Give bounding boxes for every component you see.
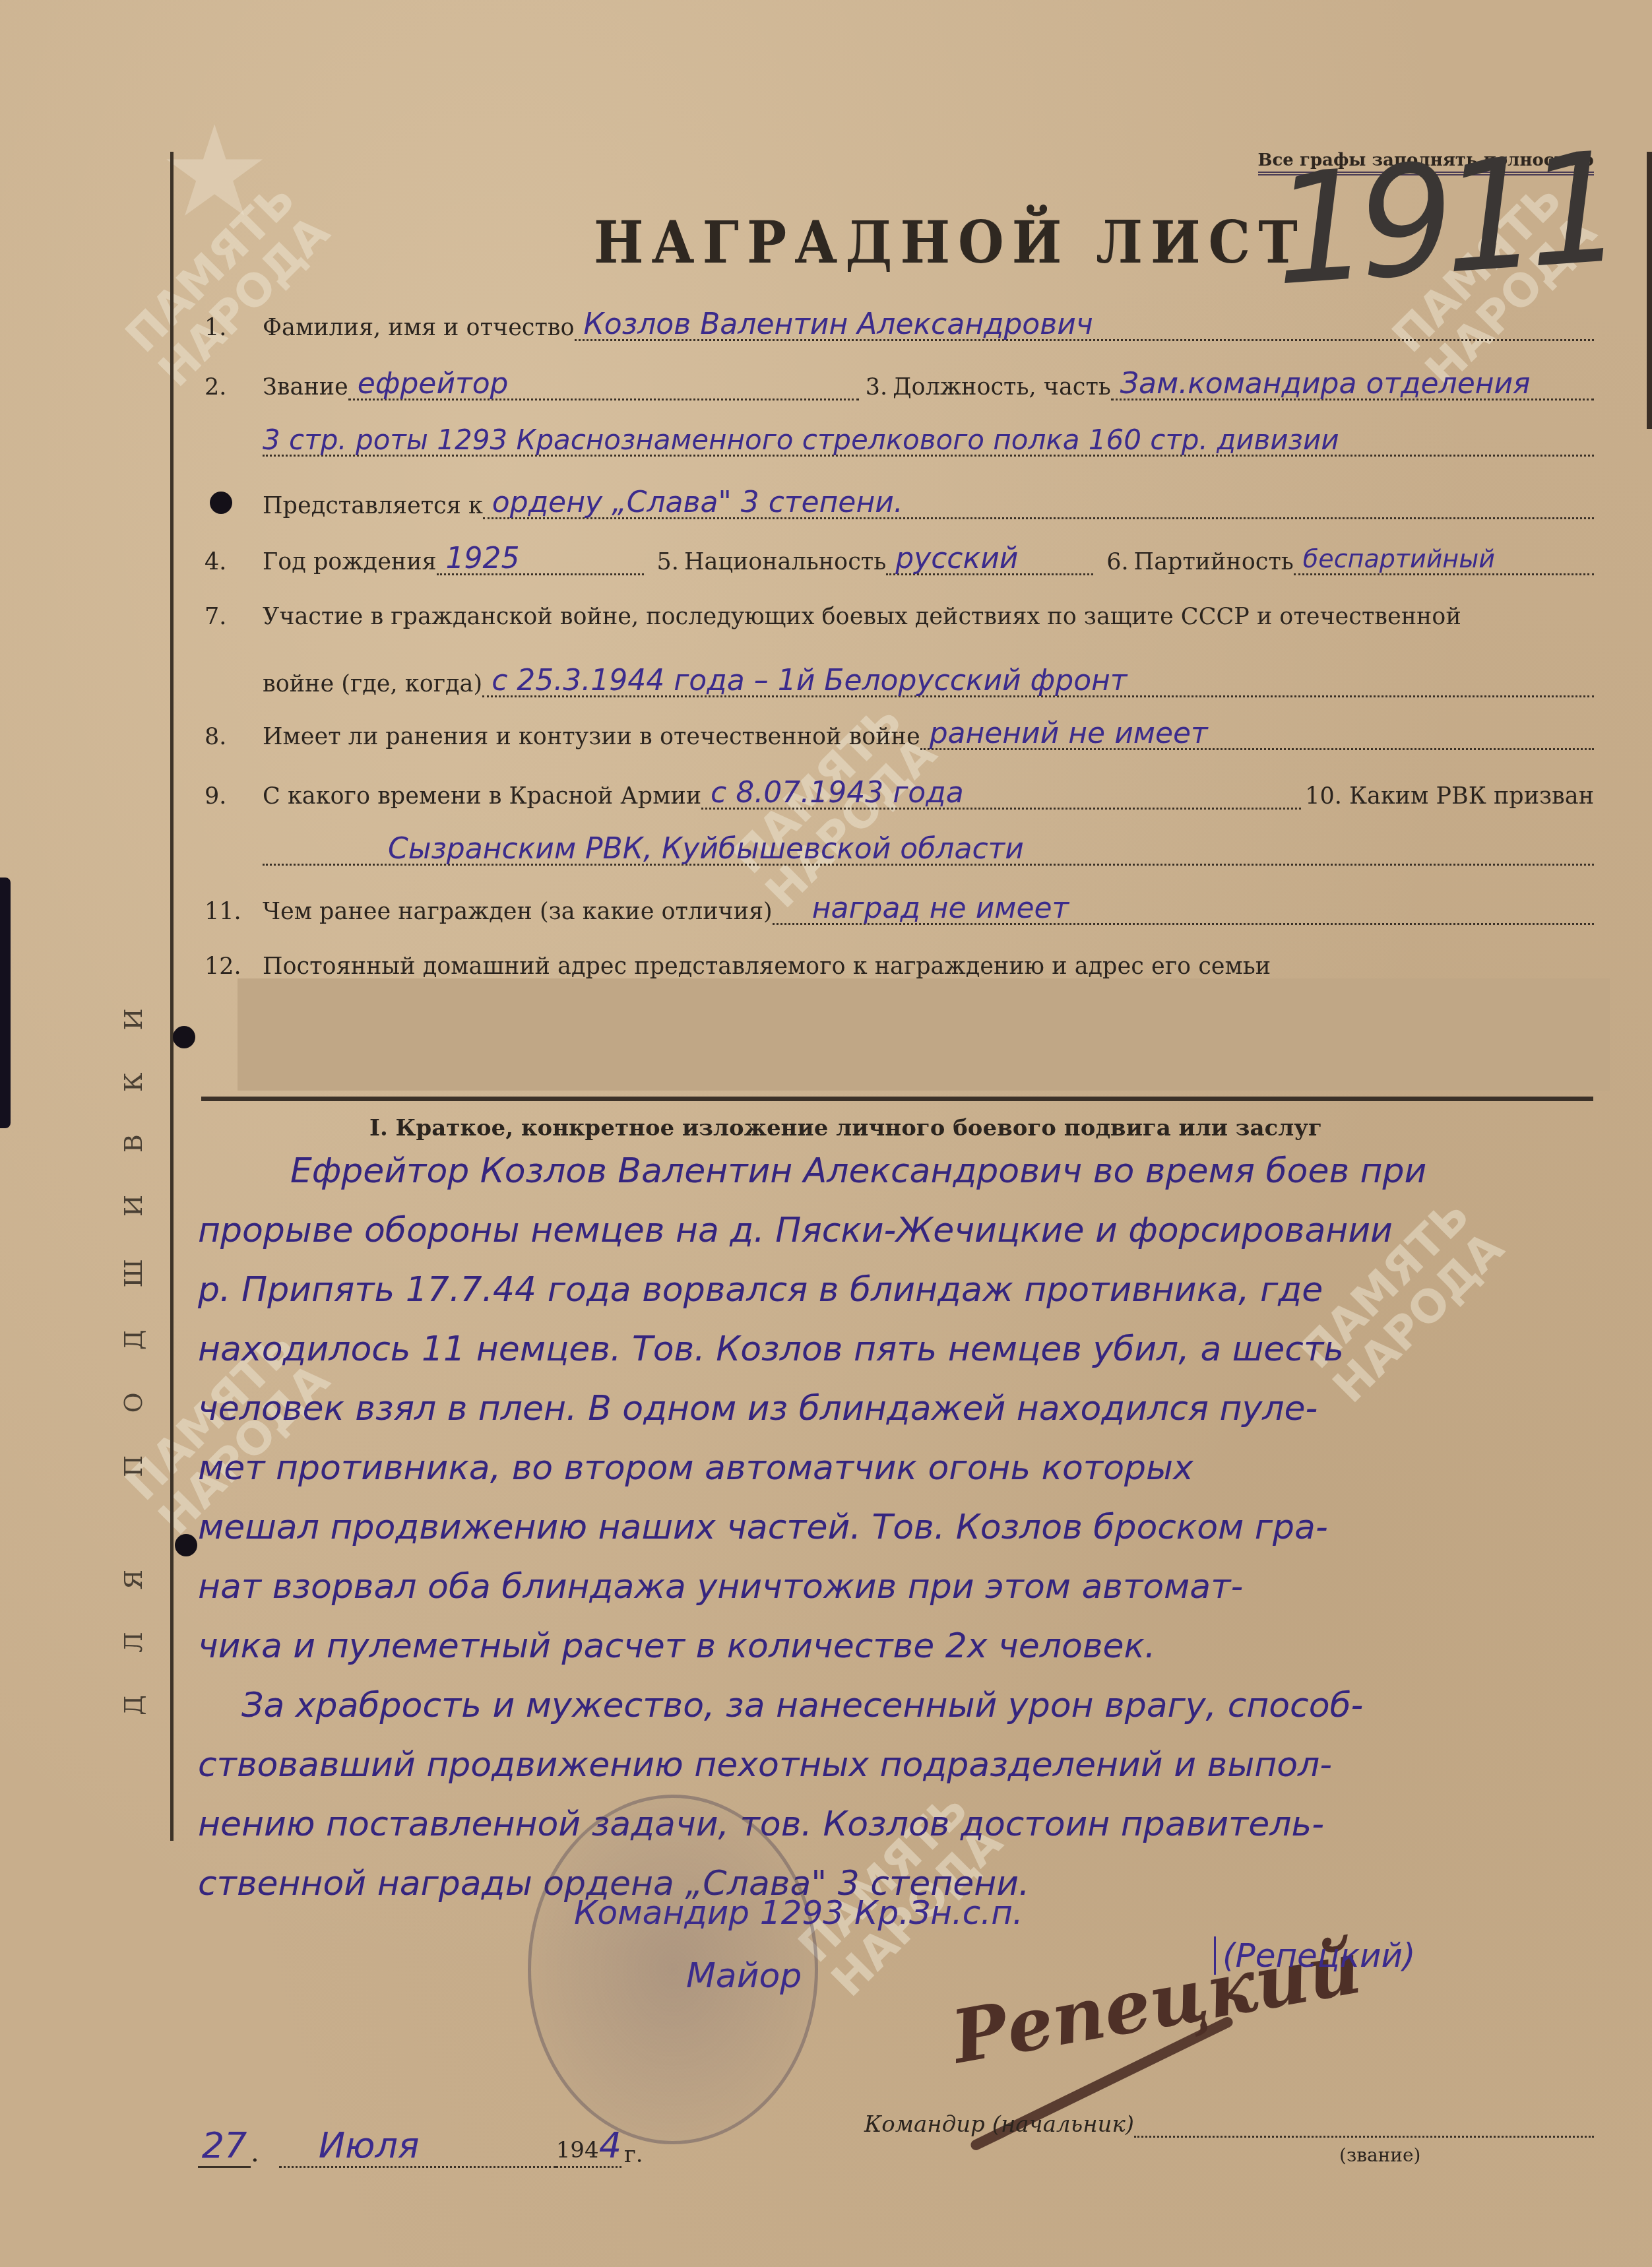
narrative-line: человек взял в плен. В одном из блиндаже… xyxy=(198,1379,1603,1438)
narrative-line: нат взорвал оба блиндажа уничтожив при э… xyxy=(198,1557,1603,1616)
page-edge-shadow xyxy=(1647,152,1652,429)
nationality-value: русский xyxy=(886,544,1093,575)
narrative-line: нению поставленной задачи, тов. Козлов д… xyxy=(198,1795,1603,1854)
field-rank-position: 2. Звание ефрейтор 3. Должность, часть З… xyxy=(205,369,1594,400)
narrative-line: мешал продвижению наших частей. Тов. Коз… xyxy=(198,1498,1603,1557)
rank-caption: (звание) xyxy=(1339,2144,1420,2166)
rank-value: ефрейтор xyxy=(348,369,859,400)
narrative-line: прорыве обороны немцев на д. Пяски-Жечиц… xyxy=(198,1201,1603,1260)
date-year: 1944 xyxy=(556,2124,621,2168)
field-draft-office: Сызранским РВК, Куйбышевской области xyxy=(263,835,1594,866)
commander-field: Командир (начальник) xyxy=(864,2111,1594,2138)
narrative-line: чика и пулеметный расчет в количестве 2х… xyxy=(198,1616,1603,1676)
field-previous-awards: 11. Чем ранее награжден (за какие отличи… xyxy=(205,894,1594,925)
previous-awards-value: наград не имеет xyxy=(773,894,1594,925)
narrative-line: р. Припять 17.7.44 года ворвался в блинд… xyxy=(198,1260,1603,1320)
war-participation-value: с 25.3.1944 года – 1й Белорусский фронт xyxy=(482,666,1594,697)
field-home-address: 12. Постоянный домашний адрес представля… xyxy=(205,953,1594,980)
field-position-continuation: 3 стр. роты 1293 Краснознаменного стрелк… xyxy=(263,426,1594,457)
position-value: Зам.командира отделения xyxy=(1111,369,1594,400)
binding-hole-icon xyxy=(210,492,232,514)
document-date: 27 . Июля 1944 г. xyxy=(198,2124,643,2168)
field-presented-to: Представляется к ордену „Слава" 3 степен… xyxy=(263,488,1594,519)
draft-office-value: Сызранским РВК, Куйбышевской области xyxy=(263,835,1594,866)
narrative-line: мет противника, во втором автоматчик ого… xyxy=(198,1438,1603,1498)
binding-hole-icon xyxy=(173,1026,195,1048)
commander-name: (Репецкий) xyxy=(1214,1936,1416,1975)
page-edge-shadow xyxy=(0,878,11,1128)
wounds-value: ранений не имеет xyxy=(920,719,1594,750)
field-full-name: 1. Фамилия, имя и отчество Козлов Валент… xyxy=(205,310,1594,341)
narrative-line: находилось 11 немцев. Тов. Козлов пять н… xyxy=(198,1320,1603,1379)
service-start-value: с 8.07.1943 года xyxy=(701,779,1301,810)
binding-margin-line xyxy=(170,152,174,1841)
section-divider xyxy=(201,1097,1593,1101)
redacted-address-block xyxy=(238,978,1610,1091)
date-month: Июля xyxy=(279,2124,556,2168)
field-wounds: 8. Имеет ли ранения и контузии в отечест… xyxy=(205,719,1594,750)
page-title: НАГРАДНОЙ ЛИСТ xyxy=(594,208,1306,276)
narrative-heading: I. Краткое, конкретное изложение личного… xyxy=(369,1115,1322,1141)
field-birth-nationality-party: 4. Год рождения 1925 5. Национальность р… xyxy=(205,544,1594,575)
narrative-line: ствовавший продвижению пехотных подразде… xyxy=(198,1735,1603,1795)
birth-year-value: 1925 xyxy=(437,544,644,575)
field-war-participation: 7. Участие в гражданской войне, последую… xyxy=(205,604,1594,630)
full-name-value: Козлов Валентин Александрович xyxy=(575,310,1594,341)
binding-hole-icon xyxy=(175,1534,197,1556)
narrative-line: За храбрость и мужество, за нанесенный у… xyxy=(198,1676,1603,1735)
pencil-annotation: 1911 xyxy=(1267,120,1618,319)
document-page: ★ ПАМЯТЬ НАРОДА ПАМЯТЬ НАРОДА ПАМЯТЬ НАР… xyxy=(0,0,1652,2267)
award-value: ордену „Слава" 3 степени. xyxy=(483,488,1594,519)
field-service-start: 9. С какого времени в Красной Армии с 8.… xyxy=(205,779,1594,810)
binding-margin-label: ДЛЯ ПОДШИВКИ xyxy=(119,594,158,1715)
commander-rank: Майор xyxy=(686,1956,802,1996)
narrative-text: Ефрейтор Козлов Валентин Александрович в… xyxy=(198,1141,1603,1913)
field-war-participation-continuation: войне (где, когда) с 25.3.1944 года – 1й… xyxy=(263,666,1594,697)
commander-unit: Командир 1293 Кр.Зн.с.п. xyxy=(574,1894,1023,1932)
commander-value xyxy=(1134,2116,1594,2138)
date-day: 27 xyxy=(198,2124,251,2168)
narrative-line: Ефрейтор Козлов Валентин Александрович в… xyxy=(198,1141,1603,1201)
party-value: беспартийный xyxy=(1294,544,1594,575)
unit-value: 3 стр. роты 1293 Краснознаменного стрелк… xyxy=(263,426,1594,457)
